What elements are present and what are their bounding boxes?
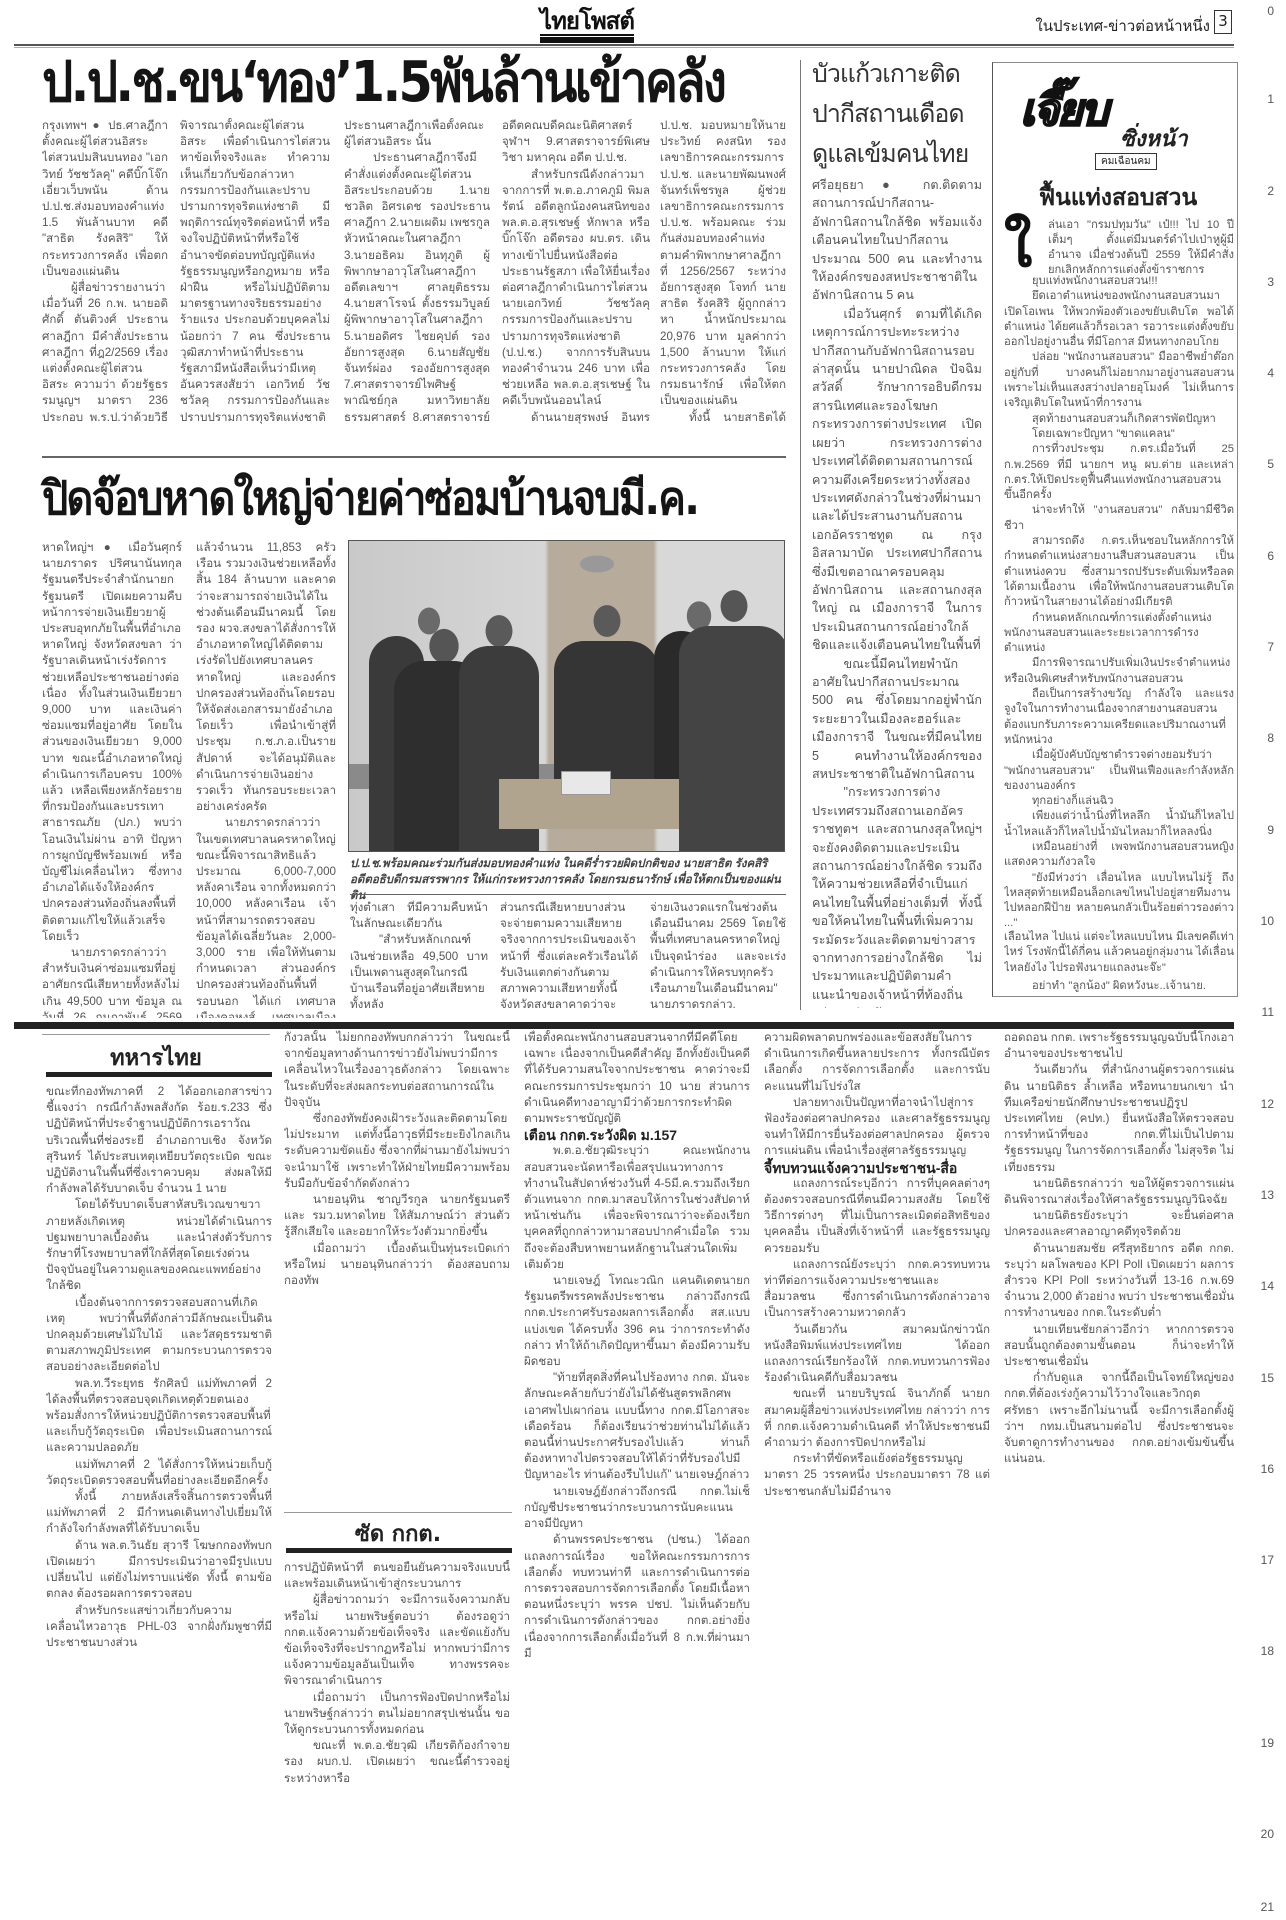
section-label: ในประเทศ-ข่าวต่อหน้าหนึ่ง xyxy=(1035,14,1210,38)
story4-para: วันเดียวกัน ที่สำนักงานผู้ตรวจการแผ่นดิน… xyxy=(1004,1062,1234,1175)
column-para: สุดท้ายงานสอบสวนก็เกิดสารพัดปัญหา xyxy=(1004,412,1234,427)
line-number: 10 xyxy=(1261,914,1274,928)
story3-col4: ส่วนกรณีเสียหายบางส่วนจะจ่ายตามความเสียห… xyxy=(500,900,638,1018)
story1-col2: พิจารณาตั้งคณะผู้ไต่สวนอิสระ เพื่อดำเนิน… xyxy=(180,118,330,424)
column-para: เหมือนอย่างที่ เพจพนักงานสอบสวนหญิง แสดง… xyxy=(1004,840,1234,871)
story4-para: ด้าน พล.ต.วินธัย สุวารี โฆษกกองทัพบก เปิ… xyxy=(46,1538,272,1603)
story4-para: แถลงการณ์ยังระบุว่า กกต.ควรทบทวนท่าทีต่อ… xyxy=(764,1257,990,1322)
story4-para: ขณะที่ นายบริบูรณ์ จินาภักดิ์ นายกสมาคมผ… xyxy=(764,1386,990,1451)
column-logo: เจี๊ยบ ซิ่งหน้า คมเฉือนคม xyxy=(1010,75,1210,165)
headline-line: บัวแก้วเกาะติด xyxy=(812,54,982,94)
story1-para: ป.ป.ช. มอบหมายให้นายประวิทย์ คงสนิท รองเ… xyxy=(660,119,786,407)
story4-para: นายอนุทิน ชาญวีรกูล นายกรัฐมนตรีและ รมว.… xyxy=(284,1192,510,1241)
story3-lead: หาดใหญ่ฯ ● เมื่อวันศุกร์ นายภราดร ปริศนา… xyxy=(42,541,182,943)
photo-figure xyxy=(679,626,785,852)
story4-col1: ขณะที่กองทัพภาคที่ 2 ได้ออกเอกสารข่าวชี้… xyxy=(46,1084,272,1914)
column-para: เพียงแต่ว่าน้ำนิ่งที่ไหลลึก น้ำมันก็ไหลไ… xyxy=(1004,809,1234,840)
story4-col2-cont: การปฏิบัติหน้าที่ ตนขอยืนยันความจริงแบบน… xyxy=(284,1560,510,1914)
line-number: 7 xyxy=(1267,640,1274,654)
line-number: 3 xyxy=(1267,275,1274,289)
story1-col3: ประธานศาลฎีกาเพื่อตั้งคณะผู้ไต่สวนอิสระ … xyxy=(344,118,490,424)
headline-line: ปากีสถานเดือด xyxy=(812,94,982,134)
story2-para: ขณะนี้มีคนไทยพำนักอาศัยในปากีสถานประมาณ … xyxy=(812,655,982,784)
line-number: 21 xyxy=(1261,1900,1274,1914)
line-number: 14 xyxy=(1261,1279,1274,1293)
line-number: 6 xyxy=(1267,549,1274,563)
masthead-rule xyxy=(14,44,1234,48)
story2-body: ศรีอยุธยา ● กต.ติดตามสถานการณ์ปากีสถาน- … xyxy=(812,176,982,1008)
dropcap: ใ xyxy=(1004,218,1046,274)
story1-col1: กรุงเทพฯ ● ปธ.ศาลฎีกาตั้งคณะผู้ไต่สวนอิส… xyxy=(42,118,168,424)
story4-para: แถลงการณ์ระบุอีกว่า การที่บุคคลต่างๆ ต้อ… xyxy=(764,1176,990,1257)
column-para: กำหนดหลักเกณฑ์การแต่งตั้งตำแหน่งพนักงานส… xyxy=(1004,611,1234,657)
column-para: เมื่อผู้บังคับบัญชาตำรวจต่างยอมรับว่า "พ… xyxy=(1004,748,1234,794)
line-number: 0 xyxy=(1267,4,1274,18)
story1-para: อดีตคณบดีคณะนิติศาสตร์ จุฬาฯ 9.ศาสตราจาร… xyxy=(502,119,650,164)
line-number: 9 xyxy=(1267,823,1274,837)
story4-para: แม่ทัพภาคที่ 2 ได้สั่งการให้หน่วยเก็บกู้… xyxy=(46,1457,272,1489)
story4-para: นายเจษฎ์ โทณะวณิก แคนดิเดตนายกรัฐมนตรีพร… xyxy=(524,1273,750,1370)
story4-para: ความผิดพลาดบกพร่องและข้อสงสัยในการดำเนิน… xyxy=(764,1031,990,1093)
section-divider xyxy=(42,456,786,458)
story1-para: ประธานศาลฎีกาจึงมีคำสั่งแต่งตั้งคณะผู้ไต… xyxy=(344,150,490,424)
headline-hatyai-story: ปิดจ๊อบหาดใหญ่จ่ายค่าซ่อมบ้านจบมี.ค. xyxy=(42,468,698,528)
line-number: 11 xyxy=(1262,1005,1274,1019)
column-para: ยุบแท่งพนักงานสอบสวน!!! xyxy=(1004,274,1234,289)
column-para: "ยังมีห่วงว่า เลื่อนไหล แบบไหนไม่รู้ ถึง… xyxy=(1004,871,1234,932)
logo-text: ไทยโพสต์ xyxy=(540,10,634,36)
box-title-rule xyxy=(46,1072,272,1077)
line-number: 17 xyxy=(1261,1553,1274,1567)
story3-col1: หาดใหญ่ฯ ● เมื่อวันศุกร์ นายภราดร ปริศนา… xyxy=(42,540,182,1018)
story4-para: ด้านนายสมชัย ศรีสุทธิยากร อดีต กกต. ระบุ… xyxy=(1004,1241,1234,1322)
headline-gold-story: ป.ป.ช.ขน‘ทอง’1.5พันล้านเข้าคลัง xyxy=(42,50,724,116)
logo-subtitle xyxy=(540,37,634,43)
line-number: 19 xyxy=(1261,1736,1274,1750)
column-para: ปล่อย "พนักงานสอบสวน" มืออาชีพย่ำต๊อกอยู… xyxy=(1004,350,1234,411)
story4-para: นายนิติธรยังระบุว่า จะยื่นต่อศาลปกครองแล… xyxy=(1004,1208,1234,1240)
caption-divider xyxy=(350,894,786,895)
line-number: 13 xyxy=(1261,1188,1274,1202)
story3-para: "สำหรับหลักเกณฑ์เงินช่วยเหลือ 49,500 บาท… xyxy=(350,932,488,1013)
story4-para: เบื้องต้นจากการตรวจสอบสถานที่เกิดเหตุ พบ… xyxy=(46,1295,272,1376)
column-signoff: อย่าทำ "ลูกน้อง" ผิดหวังนะ..เจ้านาย. xyxy=(1004,978,1234,994)
column-closing: เลื่อนไหล ไปแน่ แต่จะไหลแบบไหน มีเลขคดีเ… xyxy=(1004,930,1234,978)
column-para: โดยเฉพาะปัญหา "ขาดแคลน" xyxy=(1004,427,1234,442)
story4-para: สำหรับกระแสข่าวเกี่ยวกับความเคลื่อนไหวอา… xyxy=(46,1603,272,1652)
column-para: ยึดเอาตำแหน่งของพนักงานสอบสวนมาเปิดโอเพน… xyxy=(1004,289,1234,350)
headline-line: ดูแลเข้มคนไทย xyxy=(812,134,982,174)
news-photo-gold-handover xyxy=(348,540,785,852)
headline-pakistan-story: บัวแก้วเกาะติด ปากีสถานเดือด ดูแลเข้มคนไ… xyxy=(812,54,982,174)
section-title-thai-soldier: ทหารไทย xyxy=(42,1040,270,1075)
photo-caption: ป.ป.ช.พร้อมคณะร่วมกันส่งมอบทองคำแท่ง ในค… xyxy=(350,856,790,904)
box-title-rule xyxy=(286,1548,512,1553)
newspaper-logo: ไทยโพสต์ xyxy=(540,10,634,43)
story1-para: ด้านนายสุรพงษ์ อินทรถาวร เลขาธิการคณะกรร… xyxy=(502,410,650,424)
story4-para: ด้านพรรคประชาชน (ปชน.) ได้ออกแถลงการณ์เร… xyxy=(524,1532,750,1662)
story3-col2: แล้วจำนวน 11,853 ครัวเรือน รวมวงเงินช่วย… xyxy=(196,540,336,1018)
story1-para: ผู้สื่อข่าวรายงานว่า เมื่อวันที่ 26 ก.พ.… xyxy=(42,280,168,424)
story1-col5: ป.ป.ช. มอบหมายให้นายประวิทย์ คงสนิท รองเ… xyxy=(660,118,786,424)
story2-lead: ศรีอยุธยา ● กต.ติดตามสถานการณ์ปากีสถาน- … xyxy=(812,178,982,302)
photo-scale xyxy=(561,771,611,795)
column-divider xyxy=(800,60,801,1010)
line-number: 2 xyxy=(1267,184,1274,198)
story4-col3: เพื่อตั้งคณะพนักงานสอบสวนจากที่มีคดีโดยเ… xyxy=(524,1030,750,1914)
section-title-slam-ect: ซัด กกต. xyxy=(284,1516,512,1551)
line-number: 5 xyxy=(1267,457,1274,471)
story4-para: พ.ต.อ.ชัยวุฒิระบุว่า คณะพนักงานสอบสวนจะน… xyxy=(524,1143,750,1273)
column-para: น่าจะทำให้ "งานสอบสวน" กลับมามีชีวิตชีวา xyxy=(1004,503,1234,534)
story4-para: การปฏิบัติหน้าที่ ตนขอยืนยันความจริงแบบน… xyxy=(284,1561,510,1590)
story4-para: กระทำที่ขัดหรือแย้งต่อรัฐธรรมนูญมาตรา 25… xyxy=(764,1451,990,1500)
photo-figure xyxy=(554,641,659,791)
column-logo-sub: ซิ่งหน้า xyxy=(1120,121,1188,156)
story4-col2: กังวลนั้น ไม่ยกกองทัพบกกล่าวว่า ในขณะนี้… xyxy=(284,1030,510,1496)
box-rule xyxy=(42,1034,270,1035)
line-number: 4 xyxy=(1267,366,1274,380)
story2-para: เมื่อวันศุกร์ ตามที่ได้เกิดเหตุการณ์การป… xyxy=(812,305,982,655)
story4-para: "ท้ายที่สุดสิ่งที่คนไปร้องทาง กกต. มันจะ… xyxy=(524,1370,750,1483)
story3-para: ทุ่งตำเสา ที่มีความคืบหน้าในลักษณะเดียวก… xyxy=(350,901,488,930)
story2-para: "กระทรวงการต่างประเทศรวมถึงสถานเอกอัครรา… xyxy=(812,783,982,1008)
line-number: 16 xyxy=(1261,1462,1274,1476)
line-number: 8 xyxy=(1267,731,1274,745)
masthead: ไทยโพสต์ ในประเทศ-ข่าวต่อหน้าหนึ่ง 3 xyxy=(0,0,1240,48)
story4-para: วันเดียวกัน สมาคมนักข่าวนักหนังสือพิมพ์แ… xyxy=(764,1322,990,1387)
story4-para: ขณะที่กองทัพภาคที่ 2 ได้ออกเอกสารข่าวชี้… xyxy=(46,1085,272,1195)
story4-para: โดยได้รับบาดเจ็บสาหัสบริเวณขาขวา ภายหลัง… xyxy=(46,1197,272,1294)
story4-para: ผู้สื่อข่าวถามว่า จะมีการแจ้งความกลับหรื… xyxy=(284,1592,510,1689)
story4-para: เมื่อถามว่า เป็นการฟ้องปิดปากหรือไม่ นาย… xyxy=(284,1690,510,1739)
subhead-ect-warning: เตือน กกต.ระวังผิด ม.157 xyxy=(524,1127,750,1143)
story4-para: พล.ท.วีระยุทธ รักศิลป์ แม่ทัพภาคที่ 2 ได… xyxy=(46,1376,272,1457)
story4-col4: ความผิดพลาดบกพร่องและข้อสงสัยในการดำเนิน… xyxy=(764,1030,990,1914)
story4-para: เพื่อตั้งคณะพนักงานสอบสวนจากที่มีคดีโดยเ… xyxy=(524,1031,750,1125)
story3-para: นายภราดรกล่าวว่า สำหรับเงินค่าซ่อมแซมที่… xyxy=(42,945,182,1018)
column-lead: ล่นเอา "กรมปทุมวัน" เป๋!!! ไป 10 ปีเต็มๆ… xyxy=(1048,218,1234,274)
column-logo-main: เจี๊ยบ xyxy=(1020,75,1107,145)
story4-para: ซึ่งกองทัพยังคงเฝ้าระวังและติดตามโดยไม่ป… xyxy=(284,1111,510,1192)
line-number-strip: 0 1 2 3 4 5 6 7 8 9 10 11 12 13 14 15 16… xyxy=(1240,0,1286,1920)
line-number: 15 xyxy=(1261,1371,1274,1385)
story3-col5: จ่ายเงินงวดแรกในช่วงต้นเดือนมีนาคม 2569 … xyxy=(650,900,786,1018)
column-title: ฟื้นแท่งสอบสวน xyxy=(1000,180,1236,216)
column-para: การที่วงประชุม ก.ตร.เมื่อวันที่ 25 ก.พ.2… xyxy=(1004,442,1234,503)
story1-para: ทั้งนี้ นายสาธิตได้ถูกคณะกรรมการ ป.ป.ช.ม… xyxy=(660,410,786,424)
story4-para: ก่ำกับดูแล จากนี้ถือเป็นโจทย์ใหญ่ของ กกต… xyxy=(1004,1370,1234,1467)
column-logo-tag: คมเฉือนคม xyxy=(1095,153,1157,170)
story1-lead: กรุงเทพฯ ● ปธ.ศาลฎีกาตั้งคณะผู้ไต่สวนอิส… xyxy=(42,119,168,278)
line-number: 1 xyxy=(1267,92,1274,106)
column-para: มีการพิจารณาปรับเพิ่มเงินประจำตำแหน่งหรื… xyxy=(1004,656,1234,687)
newspaper-page: ไทยโพสต์ ในประเทศ-ข่าวต่อหน้าหนึ่ง 3 ป.ป… xyxy=(0,0,1240,1920)
page-number: 3 xyxy=(1214,10,1232,34)
story3-col3: ทุ่งตำเสา ที่มีความคืบหน้าในลักษณะเดียวก… xyxy=(350,900,488,1018)
subhead-review-complaint: จี้ทบทวนแจ้งความประชาชน-สื่อ xyxy=(764,1160,990,1176)
story4-para: นายเทียนชัยกล่าวอีกว่า หากการตรวจสอบนั้น… xyxy=(1004,1322,1234,1371)
story4-para: กังวลนั้น ไม่ยกกองทัพบกกล่าวว่า ในขณะนี้… xyxy=(284,1031,510,1109)
column-para: ทุกอย่างก็แล่นฉิว xyxy=(1004,794,1234,809)
story1-para: ประธานศาลฎีกาเพื่อตั้งคณะผู้ไต่สวนอิสระ … xyxy=(344,119,484,148)
story4-para: นายนิติธรกล่าวว่า ขอให้ผู้ตรวจการแผ่นดิน… xyxy=(1004,1176,1234,1208)
line-number: 12 xyxy=(1261,1097,1274,1111)
story4-para: ปลายทางเป็นปัญหาที่อาจนำไปสู่การฟ้องร้อง… xyxy=(764,1095,990,1160)
story3-para: แล้วจำนวน 11,853 ครัวเรือน รวมวงเงินช่วย… xyxy=(196,541,336,813)
column-para: สามารถดึง ก.ตร.เห็นชอบในหลักการให้กำหนดต… xyxy=(1004,534,1234,610)
story4-para: นายเจษฎ์ยังกล่าวถึงกรณี กกต.ไม่เช็กบัญชี… xyxy=(524,1484,750,1533)
page-divider xyxy=(14,1022,1234,1029)
line-number: 20 xyxy=(1261,1827,1274,1841)
column-para: ถือเป็นการสร้างขวัญ กำลังใจ และแรงจูงใจใ… xyxy=(1004,687,1234,748)
story4-para: ถอดถอน กกต. เพราะรัฐธรรมนูญฉบับนี้โกงเอา… xyxy=(1004,1031,1234,1060)
story4-col5: ถอดถอน กกต. เพราะรัฐธรรมนูญฉบับนี้โกงเอา… xyxy=(1004,1030,1234,1914)
story4-para: ขณะที่ พ.ต.อ.ชัยวุฒิ เกียรติก้องกำจาย รอ… xyxy=(284,1738,510,1787)
column-body: ยุบแท่งพนักงานสอบสวน!!! ยึดเอาตำแหน่งของ… xyxy=(1004,274,1234,964)
story1-para: สำหรับกรณีดังกล่าวมาจากการที่ พ.ต.อ.ภาคภ… xyxy=(502,167,650,410)
story4-para: ทั้งนี้ ภายหลังเสร็จสิ้นการตรวจพื้นที่ แ… xyxy=(46,1489,272,1538)
box-rule xyxy=(284,1512,512,1513)
line-number: 18 xyxy=(1261,1644,1274,1658)
story1-col4: อดีตคณบดีคณะนิติศาสตร์ จุฬาฯ 9.ศาสตราจาร… xyxy=(502,118,650,424)
story4-para: เมื่อถามว่า เบื้องต้นเป็นทุ่นระเบิดเก่าห… xyxy=(284,1241,510,1290)
story3-para: นายภราดรกล่าวว่า ในเขตเทศบาลนครหาดใหญ่ ข… xyxy=(196,815,336,1018)
